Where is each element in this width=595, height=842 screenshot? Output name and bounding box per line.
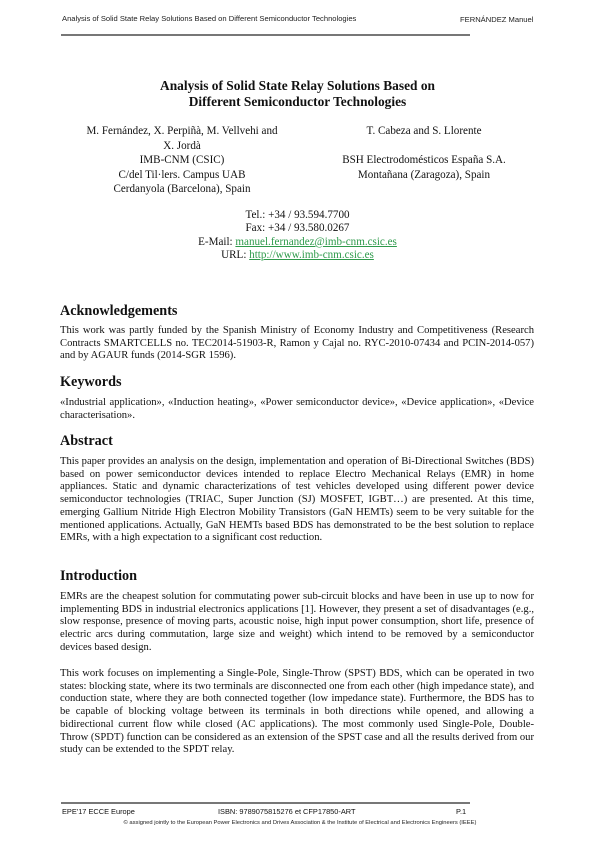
author-address: Montañana (Zaragoza), Spain [318, 168, 530, 183]
title-line-1: Analysis of Solid State Relay Solutions … [0, 78, 595, 94]
title-line-2: Different Semiconductor Technologies [0, 94, 595, 110]
contact-block: Tel.: +34 / 93.594.7700 Fax: +34 / 93.58… [0, 209, 595, 263]
contact-email-row: E-Mail: manuel.fernandez@imb-cnm.csic.es [0, 236, 595, 249]
header-rule [61, 34, 470, 36]
url-label: URL: [221, 249, 249, 261]
contact-fax: Fax: +34 / 93.580.0267 [0, 222, 595, 235]
paper-page: Analysis of Solid State Relay Solutions … [0, 0, 595, 842]
footer-page-number: P.1 [456, 807, 466, 816]
contact-tel: Tel.: +34 / 93.594.7700 [0, 209, 595, 222]
author-names: T. Cabeza and S. Llorente [318, 124, 530, 139]
acknowledgements-text: This work was partly funded by the Spani… [60, 325, 534, 363]
contact-url-row: URL: http://www.imb-cnm.csic.es [0, 249, 595, 262]
footer-rule [61, 802, 470, 804]
author-names: M. Fernández, X. Perpiñà, M. Vellvehi an… [76, 124, 288, 139]
acknowledgements-heading: Acknowledgements [60, 303, 177, 320]
footer-isbn: ISBN: 9789075815276 et CFP17850-ART [218, 807, 356, 816]
introduction-paragraph-1: EMRs are the cheapest solution for commu… [60, 591, 534, 655]
author-affiliation: IMB-CNM (CSIC) [76, 153, 288, 168]
introduction-paragraph-2: This work focuses on implementing a Sing… [60, 668, 534, 757]
author-affiliation: BSH Electrodomésticos España S.A. [318, 153, 530, 168]
paper-title: Analysis of Solid State Relay Solutions … [0, 78, 595, 111]
author-names-cont: X. Jordà [76, 139, 288, 154]
author-address-1: C/del Til·lers. Campus UAB [76, 168, 288, 183]
keywords-heading: Keywords [60, 374, 121, 391]
email-label: E-Mail: [198, 236, 235, 248]
author-block-right: T. Cabeza and S. Llorente BSH Electrodom… [318, 124, 530, 182]
author-address-2: Cerdanyola (Barcelona), Spain [76, 182, 288, 197]
footer-copyright: © assigned jointly to the European Power… [0, 820, 565, 826]
keywords-text: «Industrial application», «Induction hea… [60, 397, 534, 422]
footer-conference: EPE'17 ECCE Europe [62, 807, 135, 816]
abstract-text: This paper provides an analysis on the d… [60, 456, 534, 545]
running-header-author: FERNÁNDEZ Manuel [460, 15, 533, 24]
url-link[interactable]: http://www.imb-cnm.csic.es [249, 249, 374, 261]
running-header-title: Analysis of Solid State Relay Solutions … [62, 15, 470, 24]
abstract-heading: Abstract [60, 433, 113, 450]
author-block-left: M. Fernández, X. Perpiñà, M. Vellvehi an… [76, 124, 288, 197]
email-link[interactable]: manuel.fernandez@imb-cnm.csic.es [235, 236, 396, 248]
introduction-heading: Introduction [60, 568, 137, 585]
